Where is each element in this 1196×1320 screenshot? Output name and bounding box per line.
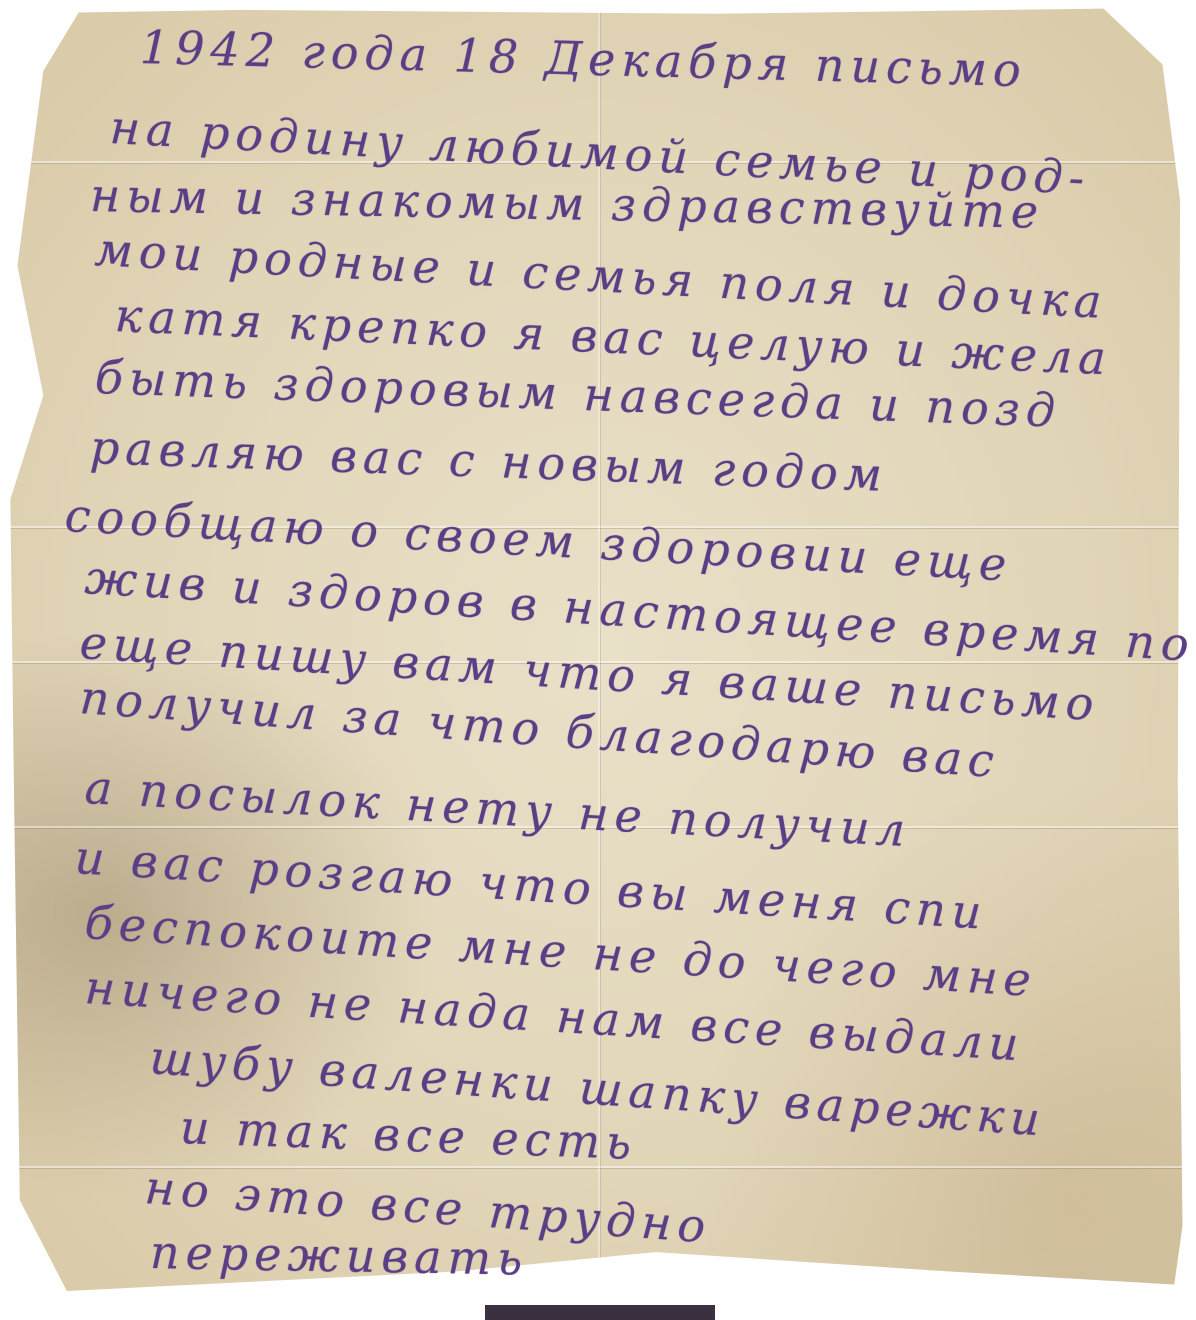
letter-line: равляю вас с новым годом xyxy=(89,420,889,502)
letter-line: 1942 года 18 Декабря письмо xyxy=(139,20,1027,97)
letter-body: 1942 года 18 Декабря письмо на родину лю… xyxy=(0,0,1196,1320)
letter-line: переживать xyxy=(150,1225,529,1286)
